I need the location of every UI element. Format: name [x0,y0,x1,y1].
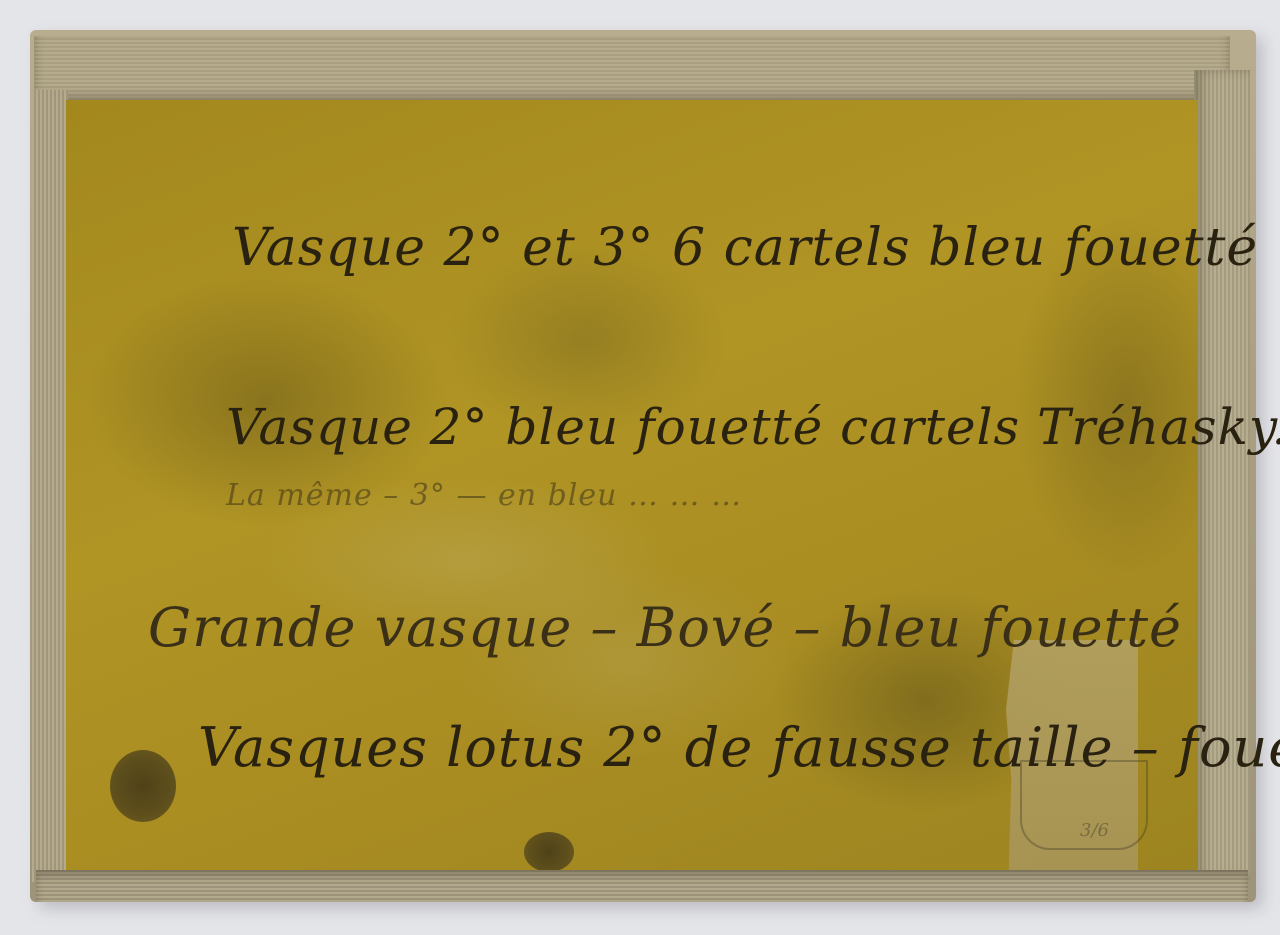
handwritten-line-3: La même – 3° — en bleu … … … [226,478,742,513]
binding-bottom [36,870,1248,902]
handwritten-line-1: Vasque 2° et 3° 6 cartels bleu fouetté [232,218,1258,278]
handwritten-line-4: Grande vasque – Bové – bleu fouetté [148,596,1182,659]
ink-stain [110,750,176,822]
handwritten-line-5: Vasques lotus 2° de fausse taille – foue… [198,716,1280,779]
binding-left [32,90,68,882]
ink-stain [524,832,574,872]
handwritten-line-2: Vasque 2° bleu fouetté cartels Tréhasky. [226,398,1280,456]
binding-top [34,36,1230,102]
pencil-annotation: 3/6 [1080,820,1109,841]
